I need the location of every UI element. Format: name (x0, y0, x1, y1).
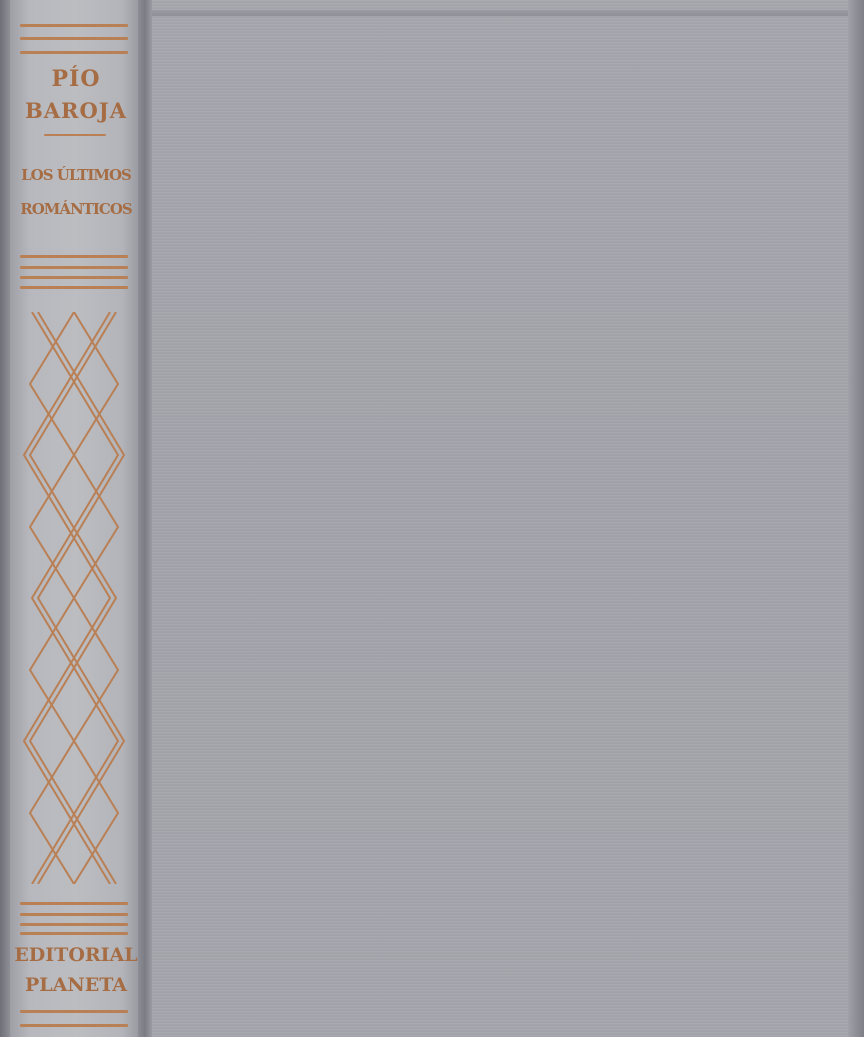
gilt-rule (20, 24, 128, 27)
spine-left-edge (0, 0, 10, 1037)
front-cover (152, 0, 864, 1037)
gilt-rule (20, 276, 128, 279)
publisher-line-1: EDITORIAL (10, 944, 142, 966)
gilt-rule (20, 913, 128, 916)
gilt-diamond-lattice (18, 312, 130, 884)
title-line-2: ROMÁNTICOS (10, 200, 142, 218)
gilt-rule (20, 266, 128, 269)
author-last-name: BAROJA (10, 98, 142, 123)
gilt-rule (20, 932, 128, 935)
book-photo: PÍO BAROJA LOS ÚLTIMOS ROMÁNTICOS EDITOR… (0, 0, 864, 1037)
hinge (138, 0, 152, 1037)
title-line-1: LOS ÚLTIMOS (10, 166, 142, 184)
gilt-rule (20, 1024, 128, 1027)
gilt-rule (20, 1010, 128, 1013)
gilt-short-rule (44, 134, 106, 136)
cover-right-edge (848, 0, 864, 1037)
gilt-rule (20, 37, 128, 40)
gilt-rule (20, 902, 128, 905)
gilt-rule (20, 286, 128, 289)
cover-top-edge (140, 10, 850, 16)
gilt-rule (20, 51, 128, 54)
author-first-name: PÍO (10, 66, 142, 92)
gilt-rule (20, 923, 128, 926)
publisher-line-2: PLANETA (10, 974, 142, 996)
gilt-rule (20, 255, 128, 258)
